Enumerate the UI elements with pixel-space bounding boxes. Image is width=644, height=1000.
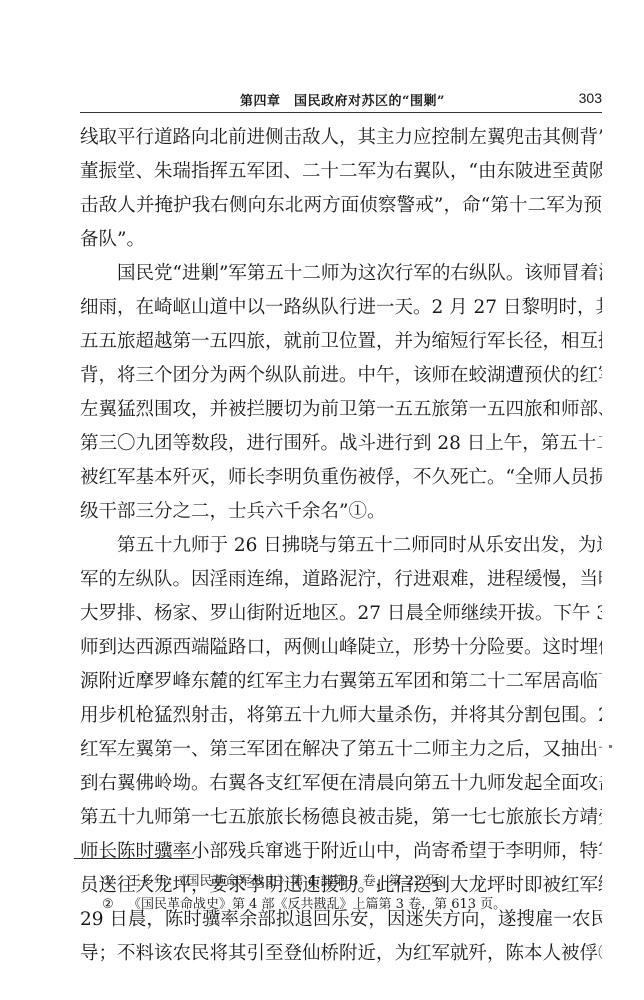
text-line: 国民党“进剿”军第五十二师为这次行军的右纵队。该师冒着濛濛	[80, 257, 602, 291]
text-line: 五五旅超越第一五四旅，就前卫位置，并为缩短行军长径，相互掩护侧	[80, 325, 602, 359]
text-line: 击敌人并掩护我右侧向东北两方面侦察警戒”，命“第十二军为预	[80, 189, 602, 223]
footnote: ②《国民革命战史》第 4 部《反共戡乱》上篇第 3 卷，第 613 页。	[102, 893, 506, 916]
text-line: 被红军基本歼灭，师长李明负重伤被俘，不久死亡。“全师人员损失下	[80, 461, 602, 495]
page-number: 303	[579, 90, 602, 106]
text-line: 师到达西源西端隘路口，两侧山峰陡立，形势十分险要。这时埋伏于霍	[80, 631, 602, 665]
text-line: 军的左纵队。因淫雨连绵，道路泥泞，行进艰难，进程缓慢，当晚宿营在	[80, 563, 602, 597]
text-line: 线取平行道路向北前进侧击敌人，其主力应控制左翼兜击其侧背”；命	[80, 121, 602, 155]
header-rule	[80, 112, 602, 113]
text-line: 左翼猛烈围攻，并被拦腰切为前卫第一五五旅第一五四旅和师部、后卫	[80, 393, 602, 427]
running-header: 第四章 国民政府对苏区的“围剿” 303	[80, 88, 602, 110]
text-line: 源附近摩罗峰东麓的红军主力右翼第五军团和第二十二军居高临下，	[80, 665, 602, 699]
footnote-text: 《国民革命战史》第 4 部《反共戡乱》上篇第 3 卷，第 613 页。	[128, 897, 506, 912]
footnotes: ①王多年：《国民革命军战史》第 4 部第 3 卷，第 22 页。②《国民革命战史…	[102, 870, 506, 916]
text-line: 红军左翼第一、第三军团在解决了第五十二师主力之后，又抽出一部赶	[80, 733, 602, 767]
footnote-mark: ①	[102, 870, 128, 893]
text-line: 细雨，在崎岖山道中以一路纵队行进一天。2 月 27 日黎明时，其第一	[80, 291, 602, 325]
text-line: 备队”。	[80, 223, 602, 257]
text-line: 第五十九师于 26 日拂晓与第五十二师同时从乐安出发，为这次行	[80, 529, 602, 563]
text-line: 到右翼佛岭坳。右翼各支红军便在清晨向第五十九师发起全面攻击。	[80, 767, 602, 801]
text-line: 背，将三个团分为两个纵队前进。中午，该师在蛟湖遭预伏的红军主力	[80, 359, 602, 393]
chapter-title: 第四章 国民政府对苏区的“围剿”	[240, 90, 445, 109]
footnote-rule	[74, 858, 194, 859]
text-line: 第三〇九团等数段，进行围歼。战斗进行到 28 日上午，第五十二师已	[80, 427, 602, 461]
text-line: 师长陈时骥率小部残兵窜逃于附近山中，尚寄希望于李明师，特写信派	[80, 835, 602, 869]
text-line: 导；不料该农民将其引至登仙桥附近，为红军就歼，陈本人被俘②。据	[80, 937, 602, 971]
footnote-text: 王多年：《国民革命军战史》第 4 部第 3 卷，第 22 页。	[128, 874, 452, 889]
text-line: 第五十九师第一七五旅旅长杨德良被击毙，第一七七旅旅长方靖受伤。	[80, 801, 602, 835]
text-line: 董振堂、朱瑞指挥五军团、二十二军为右翼队，“由东陂进至黄陂向西兜	[80, 155, 602, 189]
body-text: 线取平行道路向北前进侧击敌人，其主力应控制左翼兜击其侧背”；命董振堂、朱瑞指挥五…	[80, 121, 602, 971]
text-line: 大罗排、杨家、罗山街附近地区。27 日晨全师继续开拔。下午 3 时，该	[80, 597, 602, 631]
text-line: 级干部三分之二，士兵六千余名”①。	[80, 495, 602, 529]
scan-speck	[609, 745, 612, 748]
text-line: 用步机枪猛烈射击，将第五十九师大量杀伤，并将其分割包围。28 日，	[80, 699, 602, 733]
footnote-mark: ②	[102, 893, 128, 916]
footnote: ①王多年：《国民革命军战史》第 4 部第 3 卷，第 22 页。	[102, 870, 506, 893]
